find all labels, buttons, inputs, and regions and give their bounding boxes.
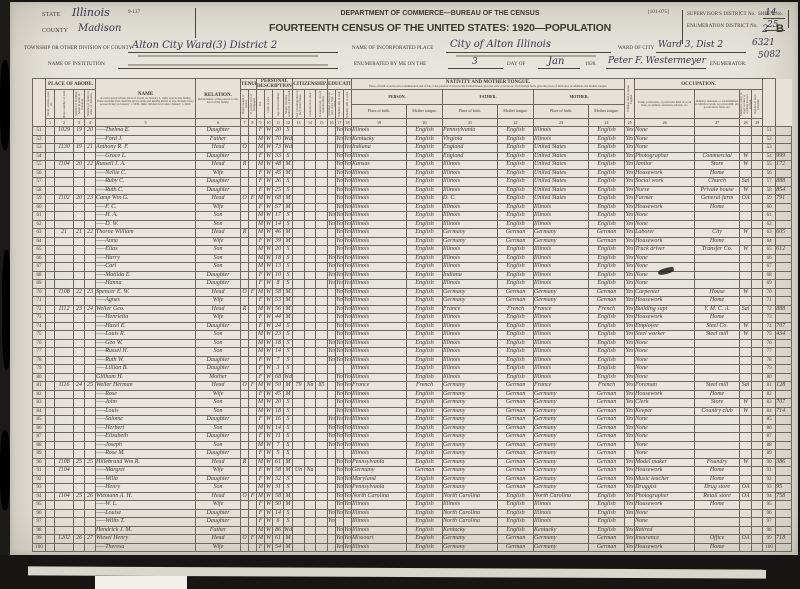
- school-cell: Yes: [328, 220, 336, 229]
- write-cell: Yes: [344, 246, 352, 255]
- ditto-dash: ——: [96, 170, 105, 176]
- family-cell: [85, 399, 96, 408]
- name-cell: —— Henry: [96, 484, 196, 493]
- immigration-cell: [293, 535, 305, 544]
- tenure-cell: O: [241, 195, 249, 204]
- margin-number: [776, 144, 792, 153]
- school-cell: [328, 169, 336, 178]
- read-cell: Yes: [336, 526, 344, 535]
- immigration-cell: [293, 152, 305, 161]
- col-header-abode: PLACE OF ABODE.: [46, 79, 96, 90]
- tenure-cell: [241, 178, 249, 187]
- read-cell: Yes: [336, 322, 344, 331]
- father-birthplace-cell: Germany: [443, 441, 498, 450]
- line-number-right: 93: [763, 484, 776, 493]
- relation-cell: Son: [196, 399, 241, 408]
- column-number: 10: [265, 119, 273, 127]
- occupation-cell: Housework: [635, 390, 695, 399]
- marital-cell: M: [284, 535, 293, 544]
- color-cell: W: [265, 526, 273, 535]
- school-cell: [328, 390, 336, 399]
- line-number: 85: [33, 416, 46, 425]
- table-row: 5911022023Camp Wm G.HeadOFMW68MYesYesIll…: [33, 195, 792, 204]
- house-number-cell: [55, 297, 74, 306]
- read-cell: Yes: [336, 433, 344, 442]
- owned-free-cell: [249, 135, 257, 144]
- industry-cell: [695, 356, 740, 365]
- father-tongue-cell: English: [498, 365, 534, 374]
- naturalization-year-cell: [316, 135, 328, 144]
- father-birthplace-cell: Illinois: [443, 178, 498, 187]
- person-tongue-cell: German: [407, 467, 443, 476]
- ditto-dash: ——: [96, 127, 105, 133]
- age-cell: 58: [273, 288, 284, 297]
- mother-birthplace-cell: Germany: [534, 543, 589, 552]
- read-cell: Yes: [336, 152, 344, 161]
- naturalization-year-cell: [316, 407, 328, 416]
- mother-tongue-cell: German: [589, 390, 625, 399]
- father-tongue-cell: German: [498, 458, 534, 467]
- relation-cell: Son: [196, 484, 241, 493]
- tenure-cell: [241, 416, 249, 425]
- column-number: 3: [74, 119, 85, 127]
- father-birthplace-cell: Germany: [443, 297, 498, 306]
- line-number: 87: [33, 433, 46, 442]
- tenure-cell: [241, 433, 249, 442]
- street-cell: [46, 263, 55, 272]
- margin-number: [776, 127, 792, 136]
- person-tongue-cell: English: [407, 348, 443, 357]
- relation-cell: Head: [196, 305, 241, 314]
- column-number: 11: [273, 119, 284, 127]
- naturalized-cell: [305, 526, 316, 535]
- col-immigration-year: Year of immigration to the United States…: [293, 90, 305, 119]
- person-birthplace-cell: Illinois: [352, 526, 407, 535]
- school-cell: [328, 382, 336, 391]
- table-row: 80Gillham H.MotherFW68WdYesYesIllinoisEn…: [33, 373, 792, 382]
- family-cell: [85, 135, 96, 144]
- school-cell: [328, 501, 336, 510]
- mother-tongue-cell: English: [589, 280, 625, 289]
- sex-cell: M: [257, 458, 265, 467]
- farm-schedule-cell: [752, 127, 763, 136]
- occupation-cell: Music teacher: [635, 475, 695, 484]
- relation-cell: Daughter: [196, 509, 241, 518]
- write-cell: Yes: [344, 288, 352, 297]
- relation-cell: Wife: [196, 237, 241, 246]
- margin-number: 612: [776, 246, 792, 255]
- column-number: 25: [625, 119, 635, 127]
- naturalized-cell: [305, 501, 316, 510]
- mother-tongue-cell: English: [589, 186, 625, 195]
- margin-number: [776, 203, 792, 212]
- industry-cell: Home: [695, 501, 740, 510]
- tenure-cell: [241, 526, 249, 535]
- census-title: FOURTEENTH CENSUS OF THE UNITED STATES: …: [190, 22, 690, 34]
- line-number-right: 53: [763, 144, 776, 153]
- farm-schedule-cell: [752, 288, 763, 297]
- color-cell: W: [265, 288, 273, 297]
- house-number-cell: [55, 254, 74, 263]
- margin-number: [776, 467, 792, 476]
- person-tongue-cell: English: [407, 288, 443, 297]
- farm-schedule-cell: [752, 297, 763, 306]
- person-tongue-cell: English: [407, 458, 443, 467]
- line-number-right: 86: [763, 424, 776, 433]
- farm-schedule-cell: [752, 144, 763, 153]
- age-cell: 44: [273, 314, 284, 323]
- name-cell: —— Henrietta: [96, 314, 196, 323]
- ditto-dash: ——: [96, 263, 105, 269]
- dwelling-cell: [74, 314, 85, 323]
- ditto-dash: ——: [96, 280, 105, 286]
- owned-free-cell: [249, 543, 257, 552]
- read-cell: Yes: [336, 356, 344, 365]
- mother-tongue-cell: English: [589, 271, 625, 280]
- sex-cell: M: [257, 288, 265, 297]
- owned-free-cell: [249, 450, 257, 459]
- naturalization-year-cell: [316, 339, 328, 348]
- street-cell: [46, 212, 55, 221]
- street-cell: [46, 339, 55, 348]
- mother-birthplace-cell: Illinois: [534, 518, 589, 527]
- school-cell: [328, 161, 336, 170]
- read-cell: Yes: [336, 314, 344, 323]
- person-tongue-cell: English: [407, 212, 443, 221]
- person-birthplace-cell: Indiana: [352, 144, 407, 153]
- immigration-cell: [293, 169, 305, 178]
- age-cell: 24: [273, 322, 284, 331]
- father-tongue-cell: French: [498, 305, 534, 314]
- tenure-cell: [241, 314, 249, 323]
- occupation-cell: None: [635, 144, 695, 153]
- marital-cell: S: [284, 220, 293, 229]
- tenure-cell: [241, 543, 249, 552]
- mother-birthplace-cell: Germany: [534, 424, 589, 433]
- street-cell: [46, 305, 55, 314]
- margin-number: [776, 450, 792, 459]
- school-cell: [328, 450, 336, 459]
- margin-number: 888: [776, 178, 792, 187]
- house-number-cell: [55, 390, 74, 399]
- margin-number: [776, 365, 792, 374]
- father-tongue-cell: German: [498, 467, 534, 476]
- farm-schedule-cell: [752, 178, 763, 187]
- sex-cell: M: [257, 407, 265, 416]
- street-cell: [46, 492, 55, 501]
- ditto-dash: ——: [96, 510, 105, 516]
- mother-birthplace-cell: Illinois: [534, 246, 589, 255]
- person-tongue-cell: English: [407, 280, 443, 289]
- naturalization-year-cell: [316, 305, 328, 314]
- father-birthplace-cell: Germany: [443, 288, 498, 297]
- farm-schedule-cell: [752, 373, 763, 382]
- owned-free-cell: [249, 467, 257, 476]
- age-cell: 53: [273, 297, 284, 306]
- name-cell: —— Russel H.: [96, 348, 196, 357]
- color-cell: W: [265, 144, 273, 153]
- house-number-cell: [55, 135, 74, 144]
- sex-cell: M: [257, 161, 265, 170]
- name-cell: —— Ruth C.: [96, 186, 196, 195]
- age-cell: 56: [273, 305, 284, 314]
- col-header-relation: RELATION. Relationship of this person to…: [196, 79, 241, 119]
- age-cell: 50: [273, 501, 284, 510]
- read-cell: Yes: [336, 220, 344, 229]
- mother-tongue-cell: English: [589, 178, 625, 187]
- sex-cell: M: [257, 144, 265, 153]
- name-cell: —— Theresa: [96, 543, 196, 552]
- age-cell: 7: [273, 441, 284, 450]
- worker-class-cell: [740, 543, 752, 552]
- ditto-dash: ——: [96, 340, 105, 346]
- farm-schedule-cell: [752, 356, 763, 365]
- column-number: 7: [241, 119, 249, 127]
- father-birthplace-cell: Illinois: [443, 220, 498, 229]
- line-number: 58: [33, 186, 46, 195]
- house-number-cell: [55, 339, 74, 348]
- write-cell: Yes: [344, 526, 352, 535]
- occupation-cell: Building supt: [635, 305, 695, 314]
- dwelling-cell: 24: [74, 382, 85, 391]
- tenure-cell: O: [241, 535, 249, 544]
- name-cell: —— Carl: [96, 263, 196, 272]
- house-number-cell: [55, 543, 74, 552]
- table-row: 65—— EliasSonMW20SYesYesIllinoisEnglishI…: [33, 246, 792, 255]
- worker-class-cell: W: [740, 331, 752, 340]
- owned-free-cell: [249, 203, 257, 212]
- name-cell: Wiesel Henry: [96, 535, 196, 544]
- school-cell: [328, 178, 336, 187]
- marital-cell: S: [284, 484, 293, 493]
- occupation-cell: Farmer: [635, 195, 695, 204]
- relation-cell: Wife: [196, 543, 241, 552]
- immigration-cell: [293, 484, 305, 493]
- owned-free-cell: [249, 161, 257, 170]
- relation-cell: Daughter: [196, 450, 241, 459]
- mother-birthplace-cell: Illinois: [534, 348, 589, 357]
- dwelling-cell: [74, 407, 85, 416]
- ward-value: Ward 3, Dist 2: [658, 40, 723, 50]
- street-cell: [46, 416, 55, 425]
- tenure-cell: [241, 271, 249, 280]
- father-birthplace-cell: Germany: [443, 237, 498, 246]
- naturalized-cell: [305, 186, 316, 195]
- col-header-english: Whether able to speak English.: [625, 79, 635, 119]
- mother-birthplace-cell: Illinois: [534, 365, 589, 374]
- line-number: 71: [33, 297, 46, 306]
- mother-tongue-cell: German: [589, 484, 625, 493]
- tenure-cell: [241, 365, 249, 374]
- tenure-cell: [241, 212, 249, 221]
- father-birthplace-cell: England: [443, 144, 498, 153]
- occupation-cell: None: [635, 365, 695, 374]
- name-cell: Weller Herman: [96, 382, 196, 391]
- father-birthplace-cell: Illinois: [443, 314, 498, 323]
- immigration-cell: [293, 254, 305, 263]
- line-number: 61: [33, 212, 46, 221]
- tenure-cell: [241, 263, 249, 272]
- write-cell: Yes: [344, 492, 352, 501]
- line-number-col-left: [33, 79, 46, 127]
- tenure-cell: [241, 509, 249, 518]
- speaks-english-cell: Yes: [625, 382, 635, 391]
- person-birthplace-cell: Illinois: [352, 169, 407, 178]
- naturalization-year-cell: [316, 526, 328, 535]
- write-cell: [344, 518, 352, 527]
- worker-class-cell: W: [740, 229, 752, 238]
- township-value: Alton City Ward(3) District 2: [132, 40, 277, 51]
- age-cell: 45: [273, 390, 284, 399]
- speaks-english-cell: Yes: [625, 467, 635, 476]
- naturalization-year-cell: [316, 127, 328, 136]
- house-number-cell: [55, 373, 74, 382]
- margin-number: 714: [776, 407, 792, 416]
- speaks-english-cell: Yes: [625, 424, 635, 433]
- naturalization-year-cell: [316, 416, 328, 425]
- immigration-cell: [293, 305, 305, 314]
- read-cell: Yes: [336, 458, 344, 467]
- name-cell: Weller Geo.: [96, 305, 196, 314]
- relation-cell: Son: [196, 339, 241, 348]
- school-cell: Yes: [328, 280, 336, 289]
- table-header: PLACE OF ABODE. NAME of each person whos…: [33, 79, 792, 127]
- dwelling-cell: 20: [74, 195, 85, 204]
- relation-cell: Son: [196, 220, 241, 229]
- read-cell: Yes: [336, 475, 344, 484]
- industry-cell: Foundry: [695, 458, 740, 467]
- naturalized-cell: Na: [305, 467, 316, 476]
- street-cell: [46, 501, 55, 510]
- read-cell: Yes: [336, 484, 344, 493]
- worker-class-cell: [740, 526, 752, 535]
- street-cell: [46, 127, 55, 136]
- stray-number-1: 6321: [752, 38, 775, 48]
- farm-schedule-cell: [752, 254, 763, 263]
- ditto-dash: ——: [96, 136, 105, 142]
- father-tongue-cell: English: [498, 203, 534, 212]
- marital-cell: M: [284, 390, 293, 399]
- industry-cell: [695, 254, 740, 263]
- father-tongue-cell: English: [498, 331, 534, 340]
- line-number: 82: [33, 390, 46, 399]
- county-value: Madison: [78, 23, 121, 34]
- speaks-english-cell: Yes: [625, 280, 635, 289]
- mother-tongue-cell: German: [589, 535, 625, 544]
- line-number-right: 77: [763, 348, 776, 357]
- family-cell: [85, 297, 96, 306]
- read-cell: Yes: [336, 254, 344, 263]
- house-number-cell: 1029: [55, 127, 74, 136]
- line-number-right: 60: [763, 203, 776, 212]
- marital-cell: S: [284, 246, 293, 255]
- farm-schedule-cell: [752, 365, 763, 374]
- table-row: 57—— Ruby C.DaughterFW26SYesYesIllinoisE…: [33, 178, 792, 187]
- speaks-english-cell: Yes: [625, 535, 635, 544]
- read-cell: Yes: [336, 229, 344, 238]
- dwelling-cell: 25: [74, 492, 85, 501]
- tenure-cell: [241, 441, 249, 450]
- father-tongue-cell: English: [498, 518, 534, 527]
- name-cell: —— Ruth W.: [96, 356, 196, 365]
- table-row: 92—— WillaDaughterFW32SYesYesMarylandEng…: [33, 475, 792, 484]
- column-number: 15: [316, 119, 328, 127]
- ditto-dash: ——: [96, 365, 105, 371]
- speaks-english-cell: Yes: [625, 288, 635, 297]
- day-of-label: DAY OF: [507, 62, 525, 67]
- mother-birthplace-cell: Illinois: [534, 331, 589, 340]
- col-header-personal: PERSONAL DESCRIPTION.: [257, 79, 293, 90]
- naturalization-year-cell: [316, 288, 328, 297]
- stray-number-2: 5082: [758, 49, 782, 61]
- color-cell: W: [265, 424, 273, 433]
- age-cell: 14: [273, 424, 284, 433]
- tenure-cell: [241, 135, 249, 144]
- column-number: 29: [752, 119, 763, 127]
- tenure-cell: [241, 169, 249, 178]
- margin-number: 718: [776, 535, 792, 544]
- age-cell: 73: [273, 144, 284, 153]
- read-cell: Yes: [336, 399, 344, 408]
- marital-cell: S: [284, 271, 293, 280]
- ditto-dash: ——: [96, 255, 105, 261]
- house-number-cell: [55, 263, 74, 272]
- marital-cell: S: [284, 518, 293, 527]
- immigration-cell: [293, 365, 305, 374]
- sex-cell: F: [257, 467, 265, 476]
- mother-tongue-cell: English: [589, 203, 625, 212]
- person-tongue-cell: English: [407, 220, 443, 229]
- name-cell: —— Elias: [96, 246, 196, 255]
- school-cell: Yes: [328, 339, 336, 348]
- farm-schedule-cell: [752, 501, 763, 510]
- school-cell: [328, 288, 336, 297]
- read-cell: Yes: [336, 186, 344, 195]
- col-street: Street, avenue, road, etc.: [46, 90, 55, 119]
- speaks-english-cell: Yes: [625, 127, 635, 136]
- occupation-cell: Photographer: [635, 152, 695, 161]
- naturalization-year-cell: 85: [316, 382, 328, 391]
- read-cell: Yes: [336, 203, 344, 212]
- relation-cell: Daughter: [196, 152, 241, 161]
- relation-cell: Head: [196, 144, 241, 153]
- father-birthplace-cell: Pennsylvania: [443, 127, 498, 136]
- father-tongue-cell: English: [498, 169, 534, 178]
- worker-class-cell: [740, 237, 752, 246]
- occupation-cell: None: [635, 373, 695, 382]
- industry-cell: General farm: [695, 195, 740, 204]
- occupation-cell: Housework: [635, 314, 695, 323]
- naturalization-year-cell: [316, 458, 328, 467]
- margin-number: [776, 356, 792, 365]
- tenure-cell: O: [241, 288, 249, 297]
- street-cell: [46, 237, 55, 246]
- person-birthplace-cell: Illinois: [352, 305, 407, 314]
- read-cell: Yes: [336, 535, 344, 544]
- enumeration-district-label: ENUMERATION DISTRICT No.: [687, 24, 758, 29]
- read-cell: Yes: [336, 280, 344, 289]
- mother-birthplace-cell: Illinois: [534, 271, 589, 280]
- house-number-cell: [55, 416, 74, 425]
- worker-class-cell: [740, 433, 752, 442]
- father-birthplace-cell: Illinois: [443, 203, 498, 212]
- person-birthplace-cell: Illinois: [352, 509, 407, 518]
- speaks-english-cell: Yes: [625, 169, 635, 178]
- school-cell: Yes: [328, 212, 336, 221]
- speaks-english-cell: Yes: [625, 161, 635, 170]
- industry-cell: Home: [695, 237, 740, 246]
- family-cell: [85, 280, 96, 289]
